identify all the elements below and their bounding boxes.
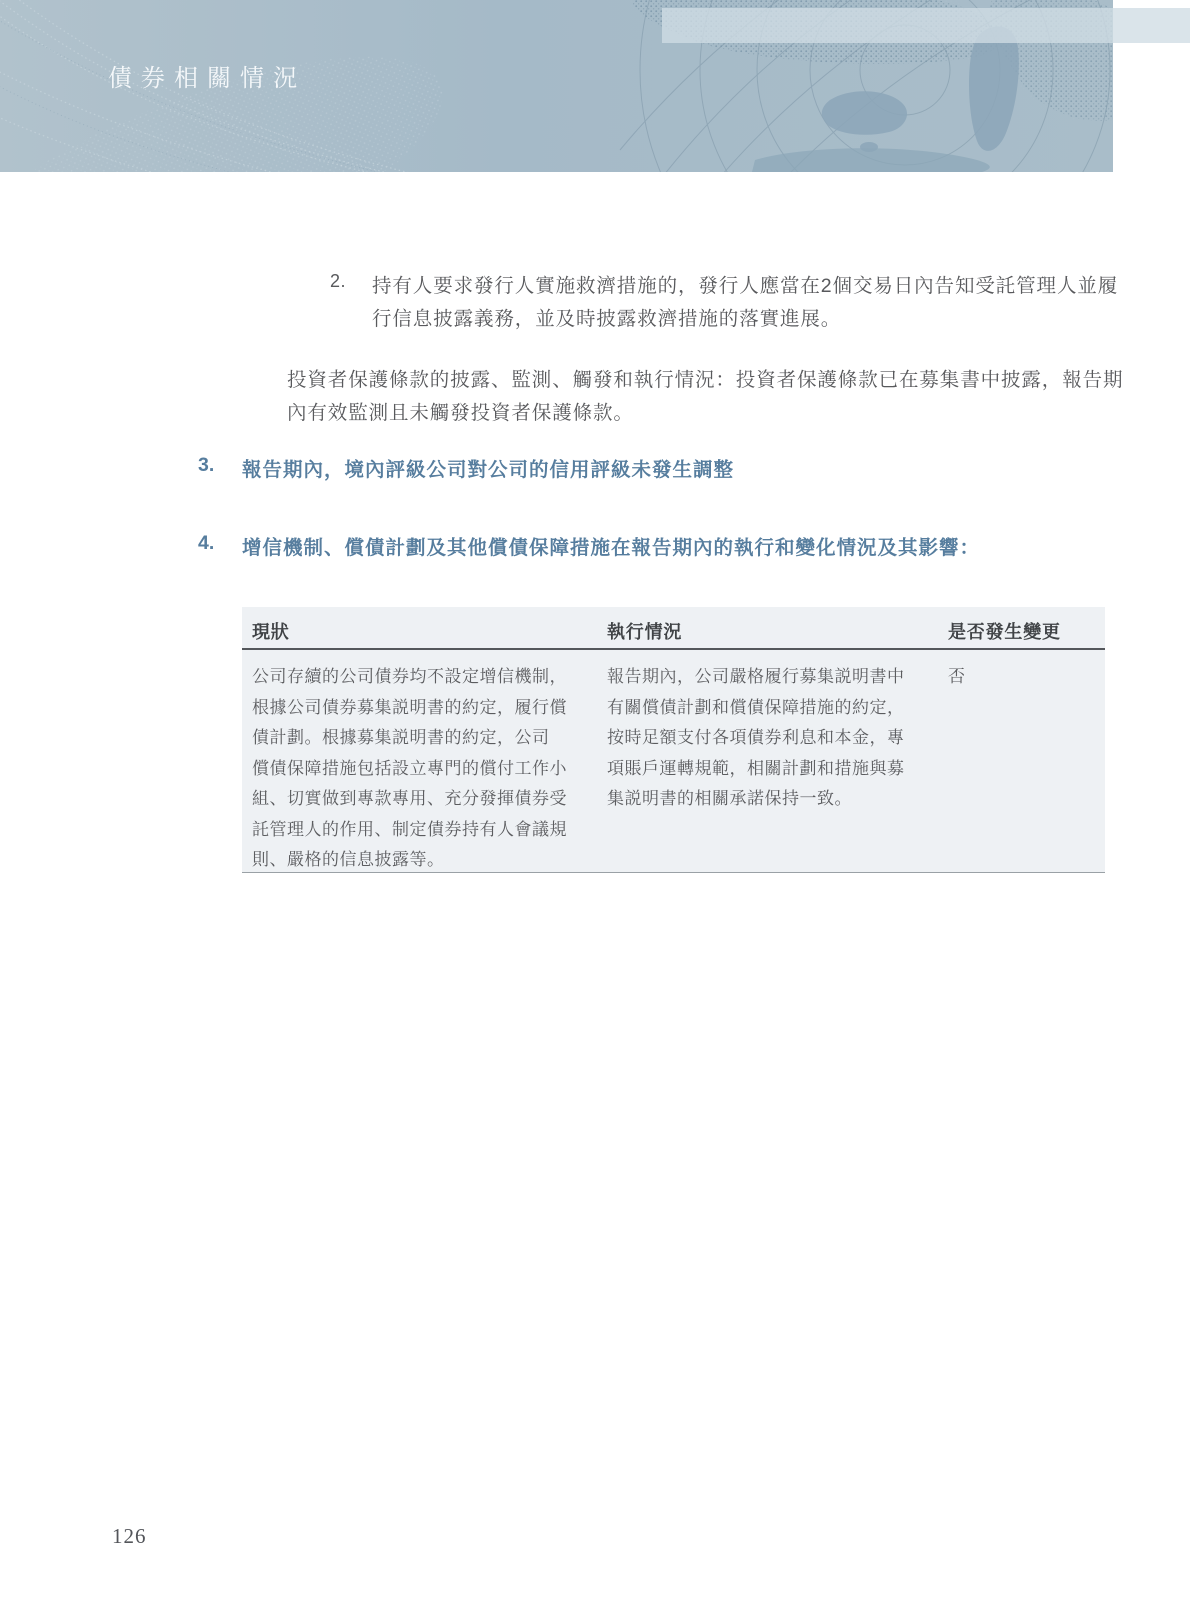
report-page: 債券相關情況 2. 持有人要求發行人實施救濟措施的，發行人應當在2個交易日內告知…: [0, 0, 1190, 1615]
section-4-title: 增信機制、償債計劃及其他償債保障措施在報告期內的執行和變化情況及其影響：: [242, 532, 980, 560]
table-row: 公司存續的公司債券均不設定增信機制， 根據公司債券募集説明書的約定，履行償 債計…: [242, 650, 1105, 870]
decorative-strip: [662, 8, 1190, 43]
cell-current-status: 公司存續的公司債券均不設定增信機制， 根據公司債券募集説明書的約定，履行償 債計…: [252, 662, 597, 876]
list-item-2-text: 持有人要求發行人實施救濟措施的，發行人應當在2個交易日內告知受託管理人並履 行信…: [372, 270, 1162, 335]
column-header-change-status: 是否發生變更: [948, 618, 1098, 644]
page-title: 債券相關情況: [108, 58, 306, 93]
section-3-number: 3.: [198, 454, 214, 477]
cell-change-status: 否: [948, 662, 1098, 693]
investor-protection-paragraph: 投資者保護條款的披露、監測、觸發和執行情況：投資者保護條款已在募集書中披露，報告…: [287, 364, 1157, 430]
table-header-row: 現狀 執行情況 是否發生變更: [242, 607, 1105, 650]
column-header-execution-status: 執行情況: [607, 618, 942, 644]
status-table: 現狀 執行情況 是否發生變更 公司存續的公司債券均不設定增信機制， 根據公司債券…: [242, 607, 1105, 873]
list-item-2-number: 2.: [330, 271, 346, 292]
section-4-number: 4.: [198, 532, 214, 555]
column-header-current-status: 現狀: [252, 618, 597, 644]
cell-execution-status: 報告期內，公司嚴格履行募集説明書中 有關償債計劃和償債保障措施的約定， 按時足額…: [607, 662, 942, 815]
page-number: 126: [112, 1524, 147, 1549]
section-3-title: 報告期內，境內評級公司對公司的信用評級未發生調整: [242, 454, 734, 482]
